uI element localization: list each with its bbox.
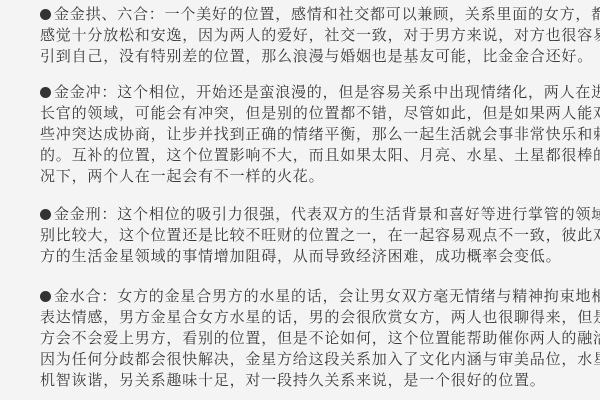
text-line: 别比较大，这个位置还是比较不旺财的位置之一，在一起容易观点不一致，彼此对对 <box>40 225 580 246</box>
text-line: 感觉十分放松和安逸，因为两人的爱好，社交一致，对于男方来说，对方也很容易吸 <box>40 25 580 46</box>
text-line-content: 金金冲：这个相位，开始还是蛮浪漫的，但是容易关系中出现情绪化，两人在进行 <box>54 83 600 101</box>
text-line-content: 金金刑：这个相位的吸引力很强，代表双方的生活背景和喜好等进行掌管的领域差 <box>54 205 600 223</box>
text-line: 的。互补的位置，这个位置影响不大，而且如果太阳、月亮、水星、土星都很棒的情 <box>40 145 580 166</box>
document-page: 金金拱、六合：一个美好的位置，感情和社交都可以兼顾，关系里面的女方，都会 感觉十… <box>0 0 600 400</box>
text-line: 金金刑：这个相位的吸引力很强，代表双方的生活背景和喜好等进行掌管的领域差 <box>40 204 580 225</box>
text-line: 方会不会爱上男方，看别的位置，但是不论如何，这个位置能帮助催你两人的融洽， <box>40 328 580 349</box>
text-line: 方的生活金星领域的事情增加阻碍，从而导致经济困难，成功概率会变低。 <box>40 246 580 267</box>
text-line-content: 金金拱、六合：一个美好的位置，感情和社交都可以兼顾，关系里面的女方，都会 <box>54 5 600 23</box>
text-line: 因为任何分歧都会很快解决，金星方给这段关系加入了文化内涵与审美品位，水星方 <box>40 349 580 370</box>
text-line: 金金冲：这个相位，开始还是蛮浪漫的，但是容易关系中出现情绪化，两人在进行 <box>40 82 580 103</box>
paragraph-jin-shui-he: 金水合：女方的金星合男方的水星的话，会让男女双方毫无情绪与精神拘束地相互 表达情… <box>40 286 580 391</box>
paragraph-jin-jin-chong: 金金冲：这个相位，开始还是蛮浪漫的，但是容易关系中出现情绪化，两人在进行 长官的… <box>40 82 580 187</box>
text-line: 金金拱、六合：一个美好的位置，感情和社交都可以兼顾，关系里面的女方，都会 <box>40 4 580 25</box>
text-line-content: 金水合：女方的金星合男方的水星的话，会让男女双方毫无情绪与精神拘束地相互 <box>54 287 600 305</box>
text-line: 引到自己，没有特别差的位置，那么浪漫与婚姻也是基友可能，比金金合还好。 <box>40 46 580 67</box>
text-line: 些冲突达成协商，让步并找到正确的情绪平衡，那么一起生活就会事非常快乐和刺激 <box>40 124 580 145</box>
paragraph-jin-jin-gong: 金金拱、六合：一个美好的位置，感情和社交都可以兼顾，关系里面的女方，都会 感觉十… <box>40 4 580 67</box>
text-line: 机智诙谐，另关系趣味十足，对一段持久关系来说，是一个很好的位置。 <box>40 370 580 391</box>
bullet-icon <box>40 209 51 220</box>
text-line: 表达情感，男方金星合女方水星的话，男的会很欣赏女方，两人也很聊得来，但是女 <box>40 307 580 328</box>
bullet-icon <box>40 9 51 20</box>
paragraph-jin-jin-xing: 金金刑：这个相位的吸引力很强，代表双方的生活背景和喜好等进行掌管的领域差 别比较… <box>40 204 580 267</box>
text-line: 长官的领域，可能会有冲突，但是别的位置都不错，尽管如此，但是如果两人能对这 <box>40 103 580 124</box>
bullet-icon <box>40 291 51 302</box>
bullet-icon <box>40 87 51 98</box>
text-line: 况下，两个人在一起会有不一样的火花。 <box>40 166 580 187</box>
text-line: 金水合：女方的金星合男方的水星的话，会让男女双方毫无情绪与精神拘束地相互 <box>40 286 580 307</box>
